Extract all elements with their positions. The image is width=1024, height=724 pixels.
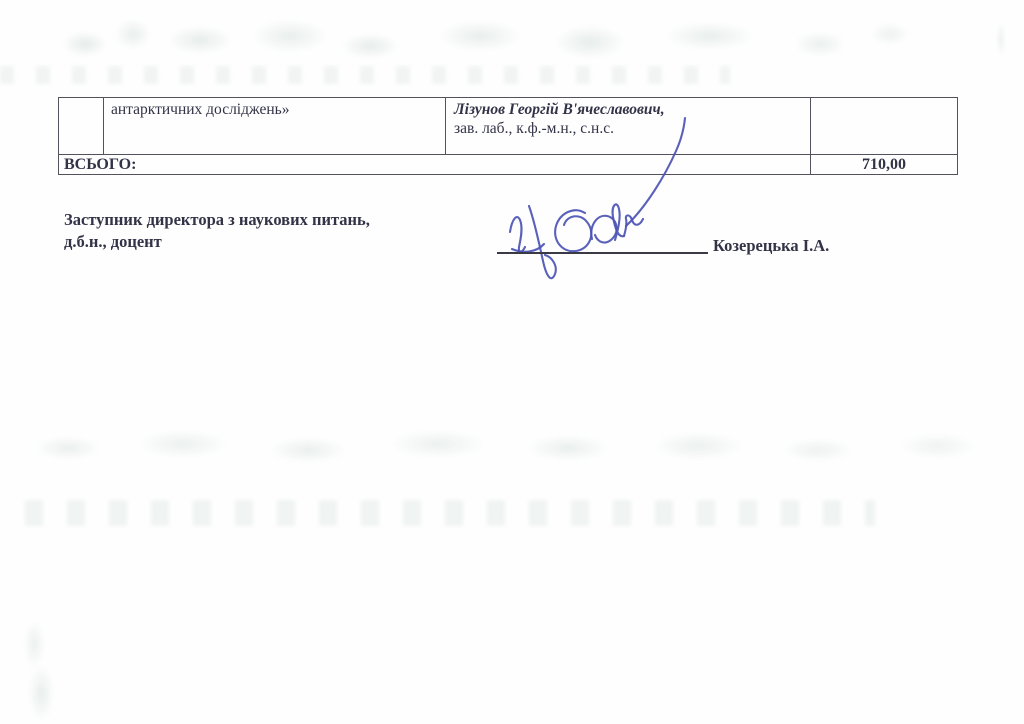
table-cell-responsible-person: Лізунов Георгій В'ячеславович, зав. лаб.… — [446, 98, 811, 154]
signature-line — [497, 252, 708, 254]
table-cell-amount-empty — [811, 98, 957, 154]
table-row: антарктичних досліджень» Лізунов Георгій… — [59, 98, 957, 155]
signature-stroke — [624, 215, 643, 236]
total-amount: 710,00 — [811, 155, 957, 174]
signature-stroke — [529, 206, 556, 278]
signature-stroke — [613, 204, 624, 240]
scan-bleedthrough-left-corner-smudge — [16, 612, 62, 720]
signature-stroke — [512, 244, 544, 252]
signature-stroke — [591, 216, 616, 243]
scan-bleedthrough-middle-band — [8, 418, 1016, 476]
signer-position-block: Заступник директора з наукових питань, д… — [64, 209, 370, 253]
signer-name: Козерецька І.А. — [713, 236, 829, 256]
total-label: ВСЬОГО: — [59, 155, 811, 174]
scan-bleedthrough-top-band — [55, 6, 935, 70]
signer-position-line1: Заступник директора з наукових питань, — [64, 209, 370, 231]
signature-stroke — [555, 210, 591, 251]
scan-bleedthrough-top-row — [0, 66, 730, 84]
budget-table-fragment: антарктичних досліджень» Лізунов Георгій… — [58, 97, 958, 175]
scanned-document-page: антарктичних досліджень» Лізунов Георгій… — [0, 0, 1024, 724]
signature-stroke — [510, 217, 525, 252]
responsible-person-position: зав. лаб., к.ф.-м.н., с.н.с. — [454, 119, 802, 138]
project-title-fragment-text: антарктичних досліджень» — [111, 101, 290, 118]
responsible-person-name: Лізунов Георгій В'ячеславович, — [454, 100, 802, 119]
scan-bleedthrough-bracket-mark — [990, 12, 1012, 66]
table-cell-number-empty — [59, 98, 104, 154]
signer-position-line2: д.б.н., доцент — [64, 231, 370, 253]
table-cell-project-title: антарктичних досліджень» — [104, 98, 446, 154]
scan-bleedthrough-lower-row — [25, 500, 875, 526]
table-total-row: ВСЬОГО: 710,00 — [59, 155, 957, 174]
